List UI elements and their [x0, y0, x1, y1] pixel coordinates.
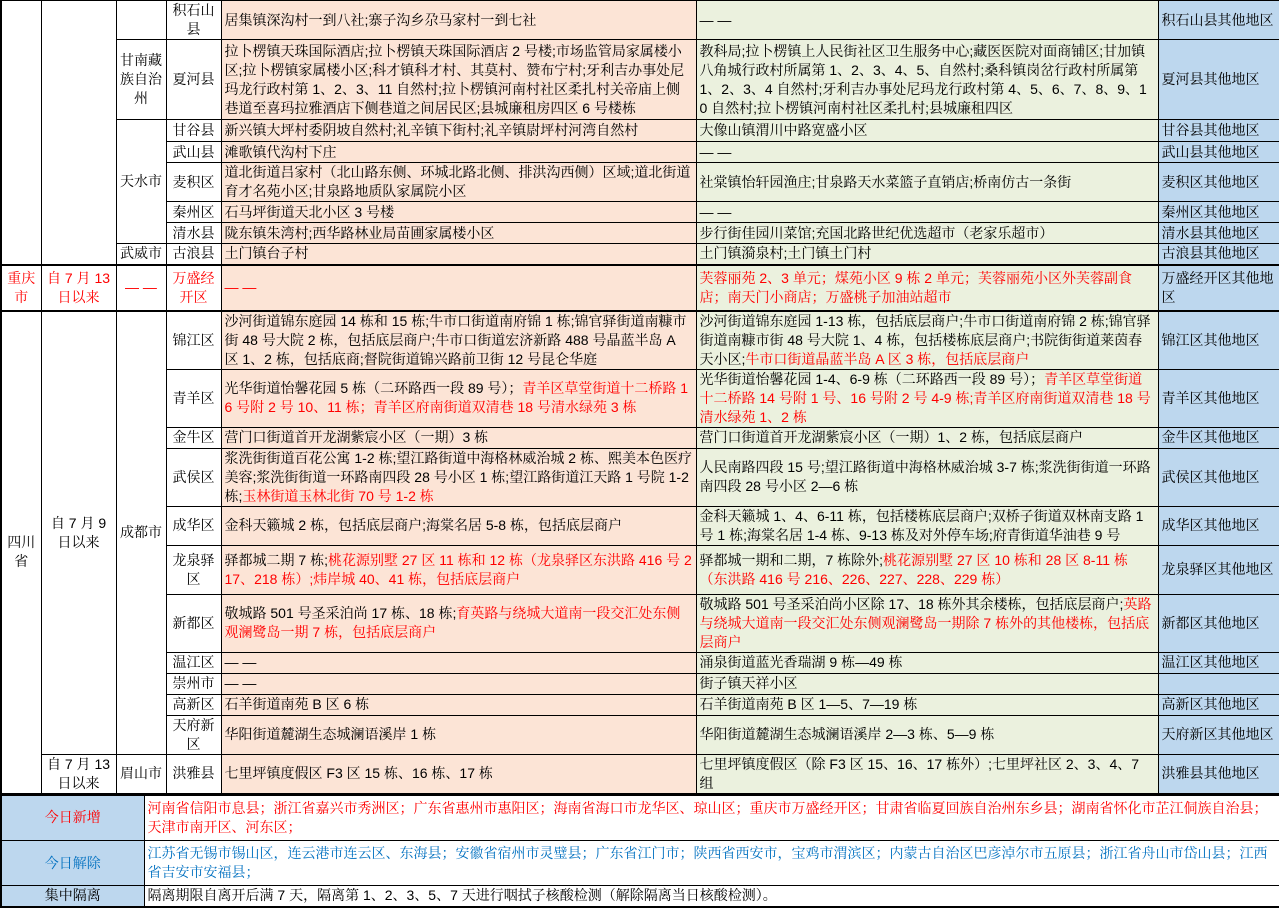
- other-text: 清水县其他地区: [1162, 225, 1260, 241]
- other-text: 温江区其他地区: [1162, 654, 1260, 670]
- mid-text: 土门镇台子村: [225, 245, 309, 261]
- low-cell: 步行街佳园川菜馆;充国北路世纪优选超市（老家乐超市）: [696, 223, 1158, 244]
- other-text: 洪雅县其他地区: [1162, 765, 1260, 781]
- other-cell: 青羊区其他地区: [1158, 369, 1279, 427]
- city-cell: [116, 1, 166, 40]
- other-cell: 高新区其他地区: [1158, 694, 1279, 715]
- table-row: 新都区敬城路 501 号圣采泊尚 17 栋、18 栋;育英路与绕城大道南一段交汇…: [1, 594, 1279, 652]
- low-cell: 金科天籁城 1、4、6-11 栋，包括楼栋底层商户;双桥子街道双林南支路 1 号…: [696, 506, 1158, 545]
- mid-text: 陇东镇朱湾村;西华路林业局苗圃家属楼小区: [225, 225, 495, 241]
- district-text: 青羊区: [173, 390, 215, 406]
- other-text: 新都区其他地区: [1162, 615, 1260, 631]
- other-cell: [1158, 673, 1279, 694]
- district-text: 清水县: [173, 225, 215, 241]
- mid-text: 七里坪镇度假区 F3 区 15 栋、16 栋、17 栋: [225, 765, 493, 781]
- risk-area-page: 积石山县居集镇深沟村一到八社;寨子沟乡尕马家村一到七社— —积石山县其他地区甘南…: [0, 0, 1279, 908]
- other-text: 夏河县其他地区: [1162, 71, 1260, 87]
- table-row: 积石山县居集镇深沟村一到八社;寨子沟乡尕马家村一到七社— —积石山县其他地区: [1, 1, 1279, 40]
- mid-cell: 七里坪镇度假区 F3 区 15 栋、16 栋、17 栋: [221, 754, 696, 793]
- district-cell: 武侯区: [166, 448, 221, 506]
- district-text: 高新区: [173, 696, 215, 712]
- low-cell: 七里坪镇度假区（除 F3 区 15、16、17 栋外）;七里坪社区 2、3、4、…: [696, 754, 1158, 793]
- other-text: 古浪县其他地区: [1162, 245, 1260, 261]
- other-text: 秦州区其他地区: [1162, 204, 1260, 220]
- low-text: 光华街道怡馨花园 1-4、6-9 栋（二环路西一段 89 号）；: [700, 371, 1045, 387]
- mid-text: 金科天籁城 2 栋，包括底层商户;海棠名居 5-8 栋，包括底层商户: [225, 517, 622, 533]
- city-text: 甘南藏族自治州: [120, 52, 162, 106]
- district-cell: 麦积区: [166, 163, 221, 202]
- other-cell: 温江区其他地区: [1158, 652, 1279, 673]
- district-cell: 青羊区: [166, 369, 221, 427]
- mid-text: — —: [225, 279, 257, 295]
- district-text: 武山县: [173, 144, 215, 160]
- city-cell: — —: [116, 265, 166, 311]
- table-row: 麦积区道北街道吕家村（北山路东侧、环城北路北侧、排洪沟西侧）区域;道北街道育才名…: [1, 163, 1279, 202]
- district-text: 金牛区: [173, 429, 215, 445]
- low-cell: 华阳街道麓湖生态城澜语溪岸 2—3 栋、5—9 栋: [696, 715, 1158, 754]
- mid-text: 沙河街道锦东庭园 14 栋和 15 栋;牛市口街道南府锦 1 栋;锦官驿街道南糠…: [225, 313, 687, 367]
- mid-cell: 滩歌镇代沟村下庄: [221, 142, 696, 163]
- mid-text: — —: [225, 675, 257, 691]
- district-text: 崇州市: [173, 675, 215, 691]
- mid-text: 光华街道怡馨花园 5 栋（二环路西一段 89 号）；: [225, 380, 523, 396]
- district-cell: 秦州区: [166, 202, 221, 223]
- table-row: 崇州市— —街子镇天祥小区: [1, 673, 1279, 694]
- district-text: 武侯区: [173, 469, 215, 485]
- low-cell: — —: [696, 142, 1158, 163]
- city-cell: 武威市: [116, 244, 166, 265]
- district-cell: 崇州市: [166, 673, 221, 694]
- other-cell: 金牛区其他地区: [1158, 427, 1279, 448]
- mid-text: 居集镇深沟村一到八社;寨子沟乡尕马家村一到七社: [225, 12, 537, 28]
- other-text: 麦积区其他地区: [1162, 174, 1260, 190]
- mid-cell: 道北街道吕家村（北山路东侧、环城北路北侧、排洪沟西侧）区域;道北街道育才名苑小区…: [221, 163, 696, 202]
- district-cell: 高新区: [166, 694, 221, 715]
- district-cell: 武山县: [166, 142, 221, 163]
- daily-removed-content: 江苏省无锡市锡山区，连云港市连云区、东海县；安徽省宿州市灵璧县；广东省江门市；陕…: [144, 841, 1279, 886]
- low-cell: 社棠镇怡轩园渔庄;甘泉路天水菜篮子直销店;桥南仿古一条街: [696, 163, 1158, 202]
- city-cell: 眉山市: [116, 754, 166, 793]
- quarantine-row: 集中隔离隔离期限自离开后满 7 天，隔离第 1、2、3、5、7 天进行咽拭子核酸…: [1, 886, 1279, 907]
- table-row: 高新区石羊街道南苑 B 区 6 栋石羊街道南苑 B 区 1—5、7—19 栋高新…: [1, 694, 1279, 715]
- table-row: 青羊区光华街道怡馨花园 5 栋（二环路西一段 89 号）；青羊区草堂街道十二桥路…: [1, 369, 1279, 427]
- table-row: 自 7 月 13 日以来眉山市洪雅县七里坪镇度假区 F3 区 15 栋、16 栋…: [1, 754, 1279, 793]
- low-text: 七里坪镇度假区（除 F3 区 15、16、17 栋外）;七里坪社区 2、3、4、…: [700, 756, 1140, 791]
- low-text: 敬城路 501 号圣采泊尚小区除 17、18 栋外其余楼栋，包括底层商户;: [700, 596, 1124, 612]
- low-text: 教科局;拉卜楞镇上人民街社区卫生服务中心;藏医医院对面商铺区;甘加镇八角城行政村…: [700, 43, 1147, 116]
- mid-text: 驿都城二期 7 栋;: [225, 552, 328, 568]
- other-cell: 甘谷县其他地区: [1158, 120, 1279, 142]
- table-row: 甘南藏族自治州夏河县拉卜楞镇天珠国际酒店;拉卜楞镇天珠国际酒店 2 号楼;市场监…: [1, 40, 1279, 120]
- low-cell: 人民南路四段 15 号;望江路街道中海格林威治城 3-7 栋;浆洗街街道一环路南…: [696, 448, 1158, 506]
- low-text: 芙蓉丽苑 2、3 单元；煤苑小区 9 栋 2 单元；芙蓉丽苑小区外芙蓉副食店；南…: [700, 270, 1132, 305]
- table-row: 金牛区营门口街道首开龙湖紫宸小区（一期）3 栋营门口街道首开龙湖紫宸小区（一期）…: [1, 427, 1279, 448]
- low-text: — —: [700, 12, 732, 28]
- other-text: 武侯区其他地区: [1162, 469, 1260, 485]
- mid-cell: 光华街道怡馨花园 5 栋（二环路西一段 89 号）；青羊区草堂街道十二桥路 16…: [221, 369, 696, 427]
- province-text: 四川省: [7, 534, 35, 569]
- district-cell: 甘谷县: [166, 120, 221, 142]
- province-text: 重庆市: [7, 270, 35, 305]
- mid-cell: 陇东镇朱湾村;西华路林业局苗圃家属楼小区: [221, 223, 696, 244]
- district-cell: 龙泉驿区: [166, 545, 221, 594]
- district-text: 温江区: [173, 654, 215, 670]
- mid-cell: 居集镇深沟村一到八社;寨子沟乡尕马家村一到七社: [221, 1, 696, 40]
- low-text: 石羊街道南苑 B 区 1—5、7—19 栋: [700, 696, 918, 712]
- district-cell: 温江区: [166, 652, 221, 673]
- other-cell: 武侯区其他地区: [1158, 448, 1279, 506]
- district-cell: 古浪县: [166, 244, 221, 265]
- province-cell: [1, 1, 41, 265]
- date-text: 自 7 月 13 日以来: [47, 270, 110, 305]
- mid-text: 拉卜楞镇天珠国际酒店;拉卜楞镇天珠国际酒店 2 号楼;市场监管局家属楼小区;拉卜…: [225, 43, 685, 116]
- other-text: 青羊区其他地区: [1162, 390, 1260, 406]
- table-row: 四川省自 7 月 9 日以来成都市锦江区沙河街道锦东庭园 14 栋和 15 栋;…: [1, 311, 1279, 370]
- low-text: 大像山镇渭川中路宽盛小区: [700, 122, 868, 138]
- mid-cell: 新兴镇大坪村委阴坡自然村;礼辛镇下街村;礼辛镇尉坪村河湾自然村: [221, 120, 696, 142]
- mid-cell: 拉卜楞镇天珠国际酒店;拉卜楞镇天珠国际酒店 2 号楼;市场监管局家属楼小区;拉卜…: [221, 40, 696, 120]
- mid-cell: 石马坪街道天北小区 3 号楼: [221, 202, 696, 223]
- district-cell: 夏河县: [166, 40, 221, 120]
- district-cell: 洪雅县: [166, 754, 221, 793]
- date-cell: [41, 1, 116, 265]
- district-text: 天府新区: [173, 717, 215, 752]
- table-row: 重庆市自 7 月 13 日以来— —万盛经开区— —芙蓉丽苑 2、3 单元；煤苑…: [1, 265, 1279, 311]
- daily-new-label: 今日新增: [1, 795, 144, 841]
- mid-cell: — —: [221, 265, 696, 311]
- low-text: 金科天籁城 1、4、6-11 栋，包括楼栋底层商户;双桥子街道双林南支路 1 号…: [700, 508, 1144, 543]
- low-cell: 土门镇漪泉村;土门镇土门村: [696, 244, 1158, 265]
- mid-cell: 营门口街道首开龙湖紫宸小区（一期）3 栋: [221, 427, 696, 448]
- other-cell: 积石山县其他地区: [1158, 1, 1279, 40]
- low-cell: 敬城路 501 号圣采泊尚小区除 17、18 栋外其余楼栋，包括底层商户;英路与…: [696, 594, 1158, 652]
- other-text: 天府新区其他地区: [1162, 726, 1274, 742]
- other-text: 金牛区其他地区: [1162, 429, 1260, 445]
- low-cell: 营门口街道首开龙湖紫宸小区（一期）1、2 栋，包括底层商户: [696, 427, 1158, 448]
- province-cell: 四川省: [1, 311, 41, 794]
- low-text: — —: [700, 204, 732, 220]
- low-text: 华阳街道麓湖生态城澜语溪岸 2—3 栋、5—9 栋: [700, 726, 995, 742]
- district-text: 新都区: [173, 615, 215, 631]
- other-text: 甘谷县其他地区: [1162, 122, 1260, 138]
- table-row: 成华区金科天籁城 2 栋，包括底层商户;海棠名居 5-8 栋，包括底层商户金科天…: [1, 506, 1279, 545]
- other-cell: 古浪县其他地区: [1158, 244, 1279, 265]
- district-text: 万盛经开区: [173, 270, 215, 305]
- table-row: 秦州区石马坪街道天北小区 3 号楼— —秦州区其他地区: [1, 202, 1279, 223]
- summary-table: 今日新增河南省信阳市息县；浙江省嘉兴市秀洲区；广东省惠州市惠阳区；海南省海口市龙…: [0, 794, 1279, 908]
- mid-cell: 土门镇台子村: [221, 244, 696, 265]
- district-cell: 万盛经开区: [166, 265, 221, 311]
- district-cell: 清水县: [166, 223, 221, 244]
- low-cell: 光华街道怡馨花园 1-4、6-9 栋（二环路西一段 89 号）；青羊区草堂街道十…: [696, 369, 1158, 427]
- other-cell: 万盛经开区其他地区: [1158, 265, 1279, 311]
- date-cell: 自 7 月 13 日以来: [41, 265, 116, 311]
- date-cell: 自 7 月 9 日以来: [41, 311, 116, 755]
- daily-new-content: 河南省信阳市息县；浙江省嘉兴市秀洲区；广东省惠州市惠阳区；海南省海口市龙华区、琼…: [144, 795, 1279, 841]
- summary-table-body: 今日新增河南省信阳市息县；浙江省嘉兴市秀洲区；广东省惠州市惠阳区；海南省海口市龙…: [1, 795, 1279, 907]
- city-text: 成都市: [120, 524, 162, 540]
- date-cell: 自 7 月 13 日以来: [41, 754, 116, 793]
- district-cell: 金牛区: [166, 427, 221, 448]
- other-cell: 天府新区其他地区: [1158, 715, 1279, 754]
- low-cell: — —: [696, 202, 1158, 223]
- other-cell: 夏河县其他地区: [1158, 40, 1279, 120]
- table-row: 天水市甘谷县新兴镇大坪村委阴坡自然村;礼辛镇下街村;礼辛镇尉坪村河湾自然村大像山…: [1, 120, 1279, 142]
- city-text: 武威市: [120, 245, 162, 261]
- other-cell: 麦积区其他地区: [1158, 163, 1279, 202]
- other-cell: 龙泉驿区其他地区: [1158, 545, 1279, 594]
- mid-text: 石羊街道南苑 B 区 6 栋: [225, 696, 370, 712]
- low-text: 人民南路四段 15 号;望江路街道中海格林威治城 3-7 栋;浆洗街街道一环路南…: [700, 459, 1151, 494]
- mid-text: 华阳街道麓湖生态城澜语溪岸 1 栋: [225, 726, 437, 742]
- low-text: 涌泉街道蓝光香瑞湖 9 栋—49 栋: [700, 654, 903, 670]
- mid-cell: 驿都城二期 7 栋;桃花源别墅 27 区 11 栋和 12 栋（龙泉驿区东洪路 …: [221, 545, 696, 594]
- quarantine-content: 隔离期限自离开后满 7 天，隔离第 1、2、3、5、7 天进行咽拭子核酸检测（解…: [144, 886, 1279, 907]
- daily-removed-label: 今日解除: [1, 841, 144, 886]
- district-text: 甘谷县: [173, 122, 215, 138]
- district-text: 龙泉驿区: [173, 552, 215, 587]
- low-cell: 街子镇天祥小区: [696, 673, 1158, 694]
- low-cell: 沙河街道锦东庭园 1-13 栋，包括底层商户;牛市口街道南府锦 2 栋;锦官驿街…: [696, 311, 1158, 370]
- other-text: 龙泉驿区其他地区: [1162, 561, 1274, 577]
- low-cell: 涌泉街道蓝光香瑞湖 9 栋—49 栋: [696, 652, 1158, 673]
- other-cell: 洪雅县其他地区: [1158, 754, 1279, 793]
- city-text: 眉山市: [120, 765, 162, 781]
- quarantine-label: 集中隔离: [1, 886, 144, 907]
- low-cell: 芙蓉丽苑 2、3 单元；煤苑小区 9 栋 2 单元；芙蓉丽苑小区外芙蓉副食店；南…: [696, 265, 1158, 311]
- table-row: 武山县滩歌镇代沟村下庄— —武山县其他地区: [1, 142, 1279, 163]
- other-cell: 成华区其他地区: [1158, 506, 1279, 545]
- mid-text: 敬城路 501 号圣采泊尚 17 栋、18 栋;: [225, 605, 457, 621]
- district-cell: 锦江区: [166, 311, 221, 370]
- mid-cell: — —: [221, 652, 696, 673]
- low-text: 营门口街道首开龙湖紫宸小区（一期）1、2 栋，包括底层商户: [700, 429, 1083, 445]
- district-text: 夏河县: [173, 71, 215, 87]
- daily-new-row: 今日新增河南省信阳市息县；浙江省嘉兴市秀洲区；广东省惠州市惠阳区；海南省海口市龙…: [1, 795, 1279, 841]
- district-text: 锦江区: [173, 332, 215, 348]
- low-text: 驿都城一期和二期，7 栋除外;: [700, 552, 884, 568]
- city-cell: 成都市: [116, 311, 166, 755]
- province-cell: 重庆市: [1, 265, 41, 311]
- other-cell: 武山县其他地区: [1158, 142, 1279, 163]
- mid-cell: 沙河街道锦东庭园 14 栋和 15 栋;牛市口街道南府锦 1 栋;锦官驿街道南糠…: [221, 311, 696, 370]
- mid-text: 滩歌镇代沟村下庄: [225, 144, 337, 160]
- daily-removed-row: 今日解除江苏省无锡市锡山区，连云港市连云区、东海县；安徽省宿州市灵璧县；广东省江…: [1, 841, 1279, 886]
- low-cell: 驿都城一期和二期，7 栋除外;桃花源别墅 27 区 10 栋和 28 区 8-1…: [696, 545, 1158, 594]
- district-cell: 成华区: [166, 506, 221, 545]
- district-text: 积石山县: [173, 2, 215, 37]
- city-cell: 甘南藏族自治州: [116, 40, 166, 120]
- risk-table-body: 积石山县居集镇深沟村一到八社;寨子沟乡尕马家村一到七社— —积石山县其他地区甘南…: [1, 1, 1279, 794]
- mid-text: 石马坪街道天北小区 3 号楼: [225, 204, 395, 220]
- mid-text: 营门口街道首开龙湖紫宸小区（一期）3 栋: [225, 429, 489, 445]
- low-cell: — —: [696, 1, 1158, 40]
- table-row: 清水县陇东镇朱湾村;西华路林业局苗圃家属楼小区步行街佳园川菜馆;充国北路世纪优选…: [1, 223, 1279, 244]
- city-cell: 天水市: [116, 120, 166, 244]
- mid-text: 玉林街道玉林北街 70 号 1-2 栋: [242, 488, 433, 504]
- mid-cell: — —: [221, 673, 696, 694]
- district-text: 秦州区: [173, 204, 215, 220]
- mid-text: 新兴镇大坪村委阴坡自然村;礼辛镇下街村;礼辛镇尉坪村河湾自然村: [225, 122, 639, 138]
- other-text: 锦江区其他地区: [1162, 332, 1260, 348]
- other-text: 武山县其他地区: [1162, 144, 1260, 160]
- mid-cell: 华阳街道麓湖生态城澜语溪岸 1 栋: [221, 715, 696, 754]
- district-cell: 天府新区: [166, 715, 221, 754]
- low-cell: 石羊街道南苑 B 区 1—5、7—19 栋: [696, 694, 1158, 715]
- district-text: 古浪县: [173, 245, 215, 261]
- other-text: 高新区其他地区: [1162, 696, 1260, 712]
- mid-text: — —: [225, 654, 257, 670]
- mid-text: 道北街道吕家村（北山路东侧、环城北路北侧、排洪沟西侧）区域;道北街道育才名苑小区…: [225, 164, 691, 199]
- risk-area-table: 积石山县居集镇深沟村一到八社;寨子沟乡尕马家村一到七社— —积石山县其他地区甘南…: [0, 0, 1279, 794]
- mid-cell: 敬城路 501 号圣采泊尚 17 栋、18 栋;育英路与绕城大道南一段交汇处东侧…: [221, 594, 696, 652]
- date-text: 自 7 月 9 日以来: [51, 515, 106, 550]
- table-row: 武威市古浪县土门镇台子村土门镇漪泉村;土门镇土门村古浪县其他地区: [1, 244, 1279, 265]
- low-cell: 教科局;拉卜楞镇上人民街社区卫生服务中心;藏医医院对面商铺区;甘加镇八角城行政村…: [696, 40, 1158, 120]
- other-cell: 秦州区其他地区: [1158, 202, 1279, 223]
- district-cell: 积石山县: [166, 1, 221, 40]
- district-text: 麦积区: [173, 174, 215, 190]
- other-text: 成华区其他地区: [1162, 517, 1260, 533]
- date-text: 自 7 月 13 日以来: [47, 756, 110, 791]
- low-text: — —: [700, 144, 732, 160]
- other-cell: 清水县其他地区: [1158, 223, 1279, 244]
- district-text: 洪雅县: [173, 765, 215, 781]
- other-text: 万盛经开区其他地区: [1162, 270, 1274, 305]
- district-text: 成华区: [173, 517, 215, 533]
- district-cell: 新都区: [166, 594, 221, 652]
- other-cell: 新都区其他地区: [1158, 594, 1279, 652]
- mid-cell: 石羊街道南苑 B 区 6 栋: [221, 694, 696, 715]
- table-row: 温江区— —涌泉街道蓝光香瑞湖 9 栋—49 栋温江区其他地区: [1, 652, 1279, 673]
- city-text: 天水市: [120, 173, 162, 189]
- low-text: 街子镇天祥小区: [700, 675, 798, 691]
- other-text: 积石山县其他地区: [1162, 12, 1274, 28]
- mid-cell: 金科天籁城 2 栋，包括底层商户;海棠名居 5-8 栋，包括底层商户: [221, 506, 696, 545]
- other-cell: 锦江区其他地区: [1158, 311, 1279, 370]
- table-row: 武侯区浆洗街街道百花公寓 1-2 栋;望江路街道中海格林威治城 2 栋、熙美本色…: [1, 448, 1279, 506]
- low-text: 社棠镇怡轩园渔庄;甘泉路天水菜篮子直销店;桥南仿古一条街: [700, 174, 1072, 190]
- mid-cell: 浆洗街街道百花公寓 1-2 栋;望江路街道中海格林威治城 2 栋、熙美本色医疗美…: [221, 448, 696, 506]
- low-text: 土门镇漪泉村;土门镇土门村: [700, 245, 872, 261]
- low-cell: 大像山镇渭川中路宽盛小区: [696, 120, 1158, 142]
- table-row: 天府新区华阳街道麓湖生态城澜语溪岸 1 栋华阳街道麓湖生态城澜语溪岸 2—3 栋…: [1, 715, 1279, 754]
- low-text: 牛市口街道晶蓝半岛 A 区 3 栋，包括底层商户: [745, 351, 1029, 367]
- low-text: 步行街佳园川菜馆;充国北路世纪优选超市（老家乐超市）: [700, 225, 1054, 241]
- table-row: 龙泉驿区驿都城二期 7 栋;桃花源别墅 27 区 11 栋和 12 栋（龙泉驿区…: [1, 545, 1279, 594]
- city-text: — —: [125, 279, 157, 295]
